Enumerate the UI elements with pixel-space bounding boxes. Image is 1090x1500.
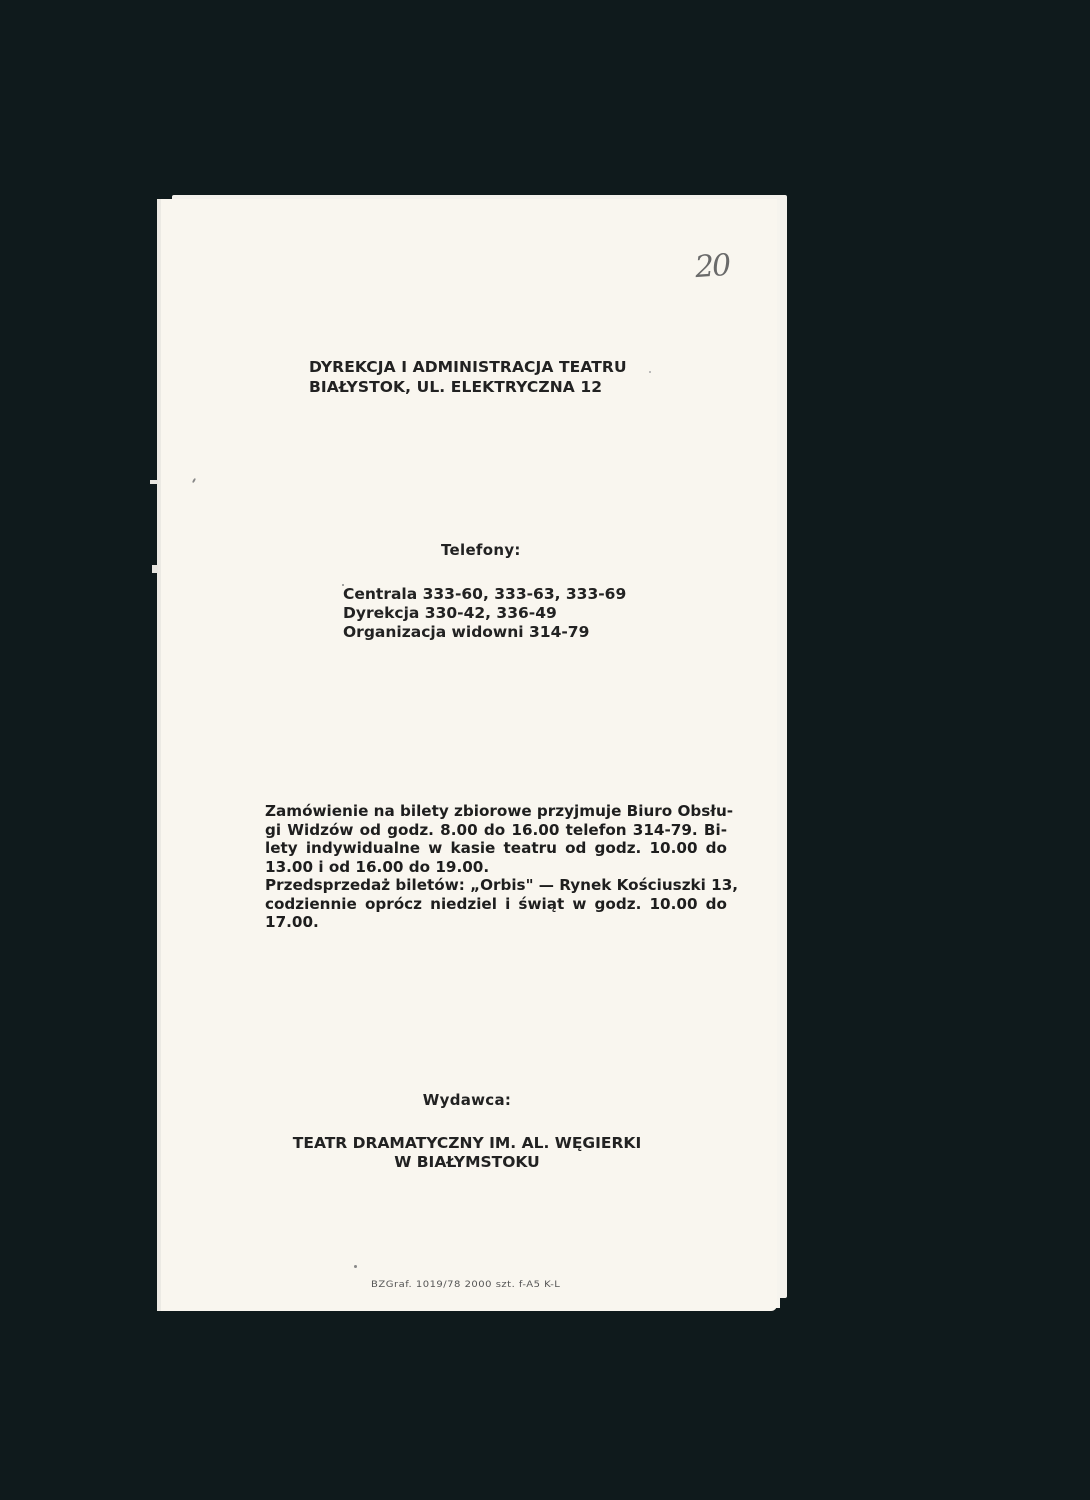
paragraph-line: 13.00 i od 16.00 do 19.00. (265, 858, 727, 877)
paper-speck (342, 584, 344, 586)
paper-edge-nick (150, 480, 158, 484)
phones-list: Centrala 333-60, 333-63, 333-69 Dyrekcja… (343, 585, 626, 642)
paragraph-line: codziennie oprócz niedziel i świąt w god… (265, 895, 727, 914)
paper-speck (354, 1265, 357, 1268)
phone-line: Organizacja widowni 314-79 (343, 623, 626, 642)
phone-line: Centrala 333-60, 333-63, 333-69 (343, 585, 626, 604)
publisher-line: TEATR DRAMATYCZNY IM. AL. WĘGIERKI (157, 1134, 777, 1153)
phone-line: Dyrekcja 330-42, 336-49 (343, 604, 626, 623)
document-page: 20 DYREKCJA I ADMINISTRACJA TEATRU BIAŁY… (157, 199, 777, 1311)
tickets-info-paragraph: Zamówienie na bilety zbiorowe przyjmuje … (265, 802, 727, 932)
publisher-heading: Wydawca: (157, 1091, 777, 1109)
handwritten-page-number: 20 (694, 248, 731, 285)
phones-heading: Telefony: (441, 541, 521, 559)
paragraph-line: 17.00. (265, 913, 727, 932)
administration-line: DYREKCJA I ADMINISTRACJA TEATRU (309, 357, 627, 377)
paragraph-line: gi Widzów od godz. 8.00 do 16.00 telefon… (265, 821, 727, 840)
paragraph-line: Zamówienie na bilety zbiorowe przyjmuje … (265, 802, 727, 821)
publisher-name: TEATR DRAMATYCZNY IM. AL. WĘGIERKI W BIA… (157, 1134, 777, 1172)
printer-imprint: BZGraf. 1019/78 2000 szt. f-A5 K-L (371, 1280, 560, 1290)
paper-speck (192, 478, 196, 483)
publisher-line: W BIAŁYMSTOKU (157, 1153, 777, 1172)
paragraph-line: lety indywidualne w kasie teatru od godz… (265, 839, 727, 858)
paper-edge-nick (152, 565, 158, 573)
administration-line: BIAŁYSTOK, UL. ELEKTRYCZNA 12 (309, 377, 627, 397)
paragraph-line: Przedsprzedaż biletów: „Orbis" — Rynek K… (265, 876, 727, 895)
administration-address: DYREKCJA I ADMINISTRACJA TEATRU BIAŁYSTO… (309, 357, 627, 397)
paper-speck (649, 371, 651, 373)
